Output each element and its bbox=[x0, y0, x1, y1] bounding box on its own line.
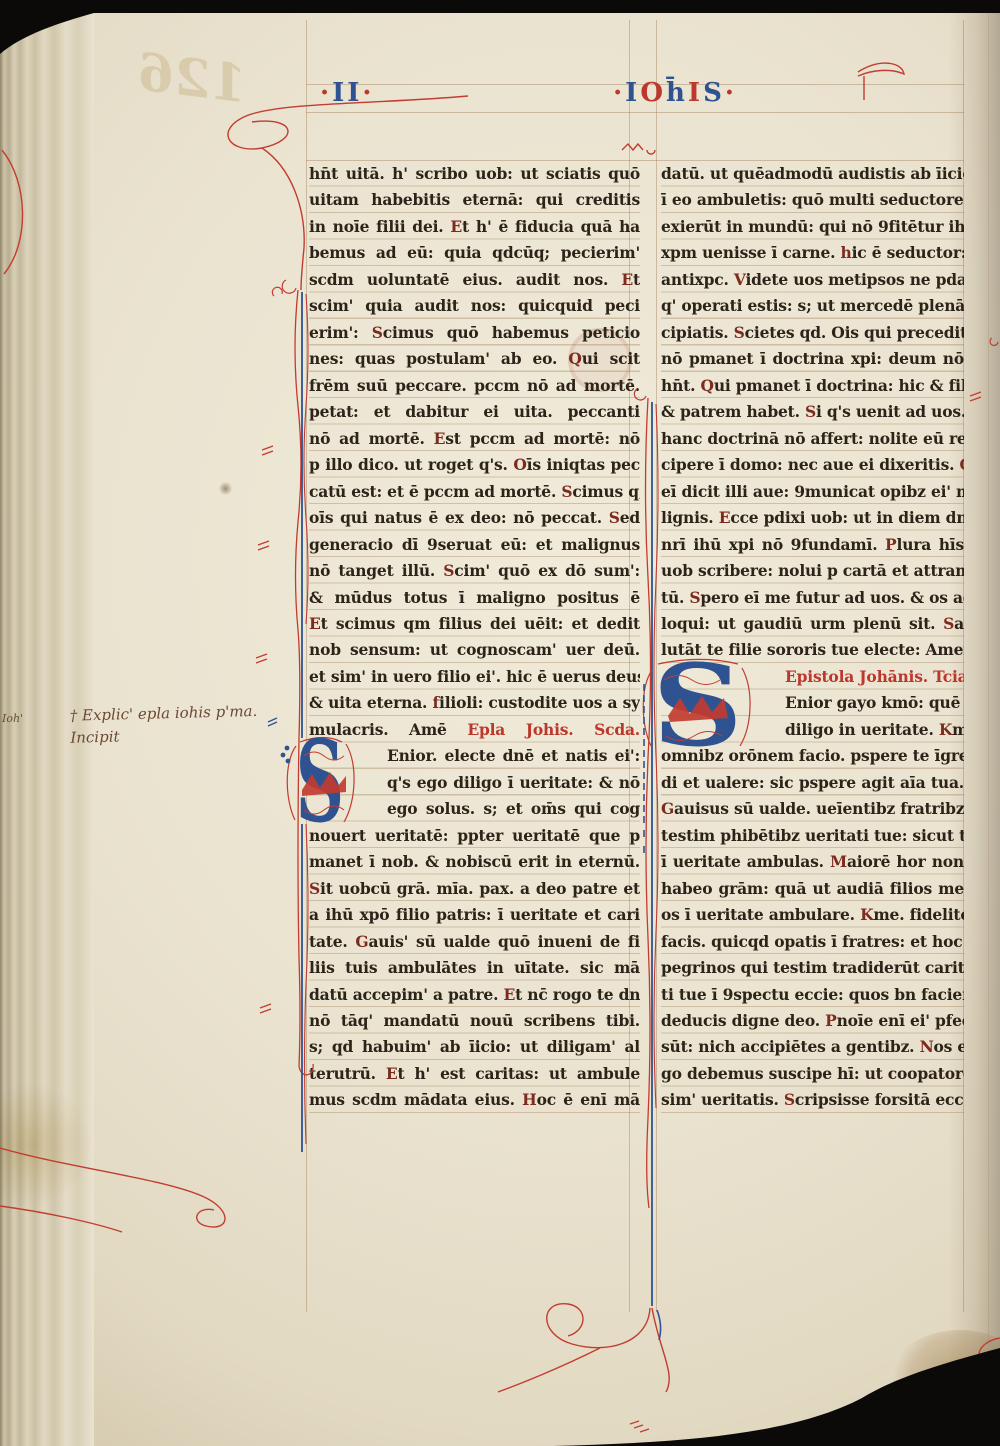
text-segment: lutāt te filie sororis tue electe: Amen. bbox=[661, 640, 964, 659]
text-line: tū. Spero eī me futur ad uos. & os ad os bbox=[661, 584, 964, 610]
text-segment: s; qd habuim' ab īicio: ut diligam' al bbox=[309, 1037, 640, 1056]
text-line: omnibz orōnem facio. pspere te īgre bbox=[661, 742, 964, 768]
text-segment: & uita eterna. bbox=[309, 693, 433, 712]
text-segment: hn̄t uitā. h' scribo uob: ut sciatis quō bbox=[309, 164, 640, 183]
text-segment: testim phibētibz ueritati tue: sicut tu bbox=[661, 826, 964, 845]
text-segment: Enior gayo kmō: quē ego bbox=[785, 693, 964, 712]
text-segment: h bbox=[841, 243, 852, 262]
text-segment: M bbox=[830, 852, 847, 871]
text-segment: petat: et dabitur ei uita. peccanti bbox=[309, 402, 640, 421]
text-segment: tate. bbox=[309, 932, 355, 951]
text-segment: oīs qui natus ē ex deo: nō peccat. bbox=[309, 508, 609, 527]
text-segment: Epla Johis. Scda. bbox=[467, 720, 640, 739]
column-right: datū. ut quēadmodū audistis ab īicio.ī e… bbox=[661, 160, 964, 1113]
text-segment: N bbox=[920, 1037, 934, 1056]
text-line: nō tāq' mandatū nouū scribens tibi. bbox=[309, 1007, 640, 1033]
text-segment: O bbox=[513, 455, 526, 474]
text-segment: E bbox=[719, 508, 731, 527]
text-line: generacio dī 9seruat eū: et malignus bbox=[309, 531, 640, 557]
text-segment: me de bbox=[952, 720, 964, 739]
text-line: in noīe filii dei. Et h' ē fiducia quā h… bbox=[309, 213, 640, 239]
text-segment: I bbox=[625, 78, 640, 108]
text-segment: Q bbox=[568, 349, 581, 368]
text-segment: t bbox=[633, 270, 640, 289]
text-segment: Q bbox=[960, 455, 965, 474]
text-line: nouert ueritatē: ppter ueritatē que p bbox=[309, 822, 640, 848]
text-segment: S bbox=[734, 323, 745, 342]
text-segment: ui pmanet ī doctrina: hic & filiū bbox=[714, 376, 964, 395]
text-segment: i q's uenit ad uos. et bbox=[816, 402, 964, 421]
text-line: manet ī nob. & nobiscū erit in eternū. bbox=[309, 848, 640, 874]
text-segment: os er bbox=[934, 1037, 964, 1056]
text-segment: S bbox=[805, 402, 816, 421]
text-segment: loqui: ut gaudiū urm plenū sit. bbox=[661, 614, 943, 633]
text-segment: · bbox=[613, 78, 625, 108]
text-segment: tū. bbox=[661, 588, 689, 607]
text-line: sim' ueritatis. Scripsisse forsitā eccie… bbox=[661, 1086, 964, 1112]
text-line: ī eo ambuletis: quō multi seductores bbox=[661, 186, 964, 212]
text-segment: E bbox=[503, 985, 515, 1004]
text-segment: auis' sū ualde quō inueni de fi bbox=[368, 932, 640, 951]
text-segment: pero eī me futur ad uos. & os ad os bbox=[700, 588, 964, 607]
text-segment: cimus q; bbox=[572, 482, 640, 501]
text-segment: h̄ bbox=[666, 78, 688, 108]
text-line: mulacris. Amē Epla Johis. Scda. bbox=[309, 716, 640, 742]
text-segment: S bbox=[309, 879, 320, 898]
text-segment: ī ueritate ambulas. bbox=[661, 852, 830, 871]
text-line: facis. quicqd opatis ī fratres: et hoc i… bbox=[661, 928, 964, 954]
text-line: ī ueritate ambulas. Maiorē hor non bbox=[661, 848, 964, 874]
text-segment: noīe enī ei' pfecti bbox=[837, 1011, 964, 1030]
text-line: & uita eterna. filioli: custodite uos a … bbox=[309, 689, 640, 715]
text-line: datū accepim' a patre. Et nc̄ rogo te dn… bbox=[309, 981, 640, 1007]
text-segment: H bbox=[522, 1090, 536, 1109]
text-segment: t h' ē fiducia quā ha bbox=[462, 217, 640, 236]
text-segment: S bbox=[689, 588, 700, 607]
text-segment: cim' quō ex dō sum': bbox=[454, 561, 640, 580]
text-line: Enior. electe dnē et natis ei': bbox=[309, 742, 640, 768]
text-segment: eī dicit illi aue: 9municat opibz ei' ma bbox=[661, 482, 964, 501]
text-line: & mūdus totus ī maligno positus ē bbox=[309, 584, 640, 610]
text-line: os ī ueritate ambulare. Kme. fideliter bbox=[661, 901, 964, 927]
text-line: Enior gayo kmō: quē ego bbox=[661, 689, 964, 715]
text-line: p illo dico. ut roget q's. Oīs iniqtas p… bbox=[309, 451, 640, 477]
text-segment: omnibz orōnem facio. pspere te īgre bbox=[661, 746, 964, 765]
text-segment: a bbox=[954, 614, 964, 633]
text-segment: V bbox=[734, 270, 746, 289]
text-segment: S bbox=[784, 1090, 795, 1109]
text-segment: sūt: nich accipiētes a gentibz. bbox=[661, 1037, 920, 1056]
text-segment: oc ē enī mā bbox=[537, 1090, 640, 1109]
text-segment: a ihū xpō filio patris: ī ueritate et ca… bbox=[309, 905, 640, 924]
text-line: hn̄t uitā. h' scribo uob: ut sciatis quō bbox=[309, 160, 640, 186]
text-segment: S bbox=[609, 508, 620, 527]
text-line: tate. Gauis' sū ualde quō inueni de fi bbox=[309, 928, 640, 954]
text-segment: nō pmanet ī doctrina xpi: deum nō bbox=[661, 349, 964, 368]
text-segment: ī eo ambuletis: quō multi seductores bbox=[661, 190, 964, 209]
ruling-vertical-center2 bbox=[656, 20, 657, 1312]
text-line: habeo grām: quā ut audiā filios me bbox=[661, 875, 964, 901]
text-segment: nō ad mortē. bbox=[309, 429, 434, 448]
text-segment: nouert ueritatē: ppter ueritatē que p bbox=[309, 826, 640, 845]
text-segment: generacio dī 9seruat eū: et malignus bbox=[309, 535, 640, 554]
text-segment: G bbox=[355, 932, 368, 951]
text-segment: in noīe filii dei. bbox=[309, 217, 450, 236]
text-line: nrī ihū xpi nō 9fundamī. Plura hīs bbox=[661, 531, 964, 557]
text-segment: me. fideliter bbox=[873, 905, 964, 924]
folio-quire-mark: ·II· bbox=[320, 78, 374, 108]
text-segment: deducis digne deo. bbox=[661, 1011, 825, 1030]
text-segment: uob scribere: nolui p cartā et attramē bbox=[661, 561, 964, 580]
text-segment: lignis. bbox=[661, 508, 719, 527]
text-segment: cimus quō habemus peticio bbox=[383, 323, 640, 342]
text-segment: Enior. electe dnē et natis ei': bbox=[387, 746, 640, 765]
text-segment: S bbox=[943, 614, 954, 633]
text-line: q's ego diligo ī ueritate: & nō bbox=[309, 769, 640, 795]
text-line: pegrinos qui testim tradiderūt carita bbox=[661, 954, 964, 980]
text-segment: pegrinos qui testim tradiderūt carita bbox=[661, 958, 964, 977]
text-segment: catū est: et ē pccm ad mortē. bbox=[309, 482, 561, 501]
text-segment: E bbox=[386, 1064, 398, 1083]
text-segment: st pccm ad mortē: nō bbox=[445, 429, 640, 448]
text-segment: Q bbox=[701, 376, 714, 395]
text-segment: mulacris. Amē bbox=[309, 720, 467, 739]
text-line: nō tanget illū. Scim' quō ex dō sum': bbox=[309, 557, 640, 583]
text-line: lignis. Ecce pdixi uob: ut in diem dnī bbox=[661, 504, 964, 530]
text-segment: nrī ihū xpi nō 9fundamī. bbox=[661, 535, 885, 554]
text-line: Epistola Johānis. Tcia. bbox=[661, 663, 964, 689]
text-segment: cipere ī domo: nec aue ei dixeritis. bbox=[661, 455, 960, 474]
marginal-note: † Explic' epla iohis p'ma. Incipit bbox=[69, 699, 280, 748]
text-segment: scdm uoluntatē eius. audit nos. bbox=[309, 270, 621, 289]
text-segment: · bbox=[320, 78, 332, 108]
text-segment: hn̄t. bbox=[661, 376, 701, 395]
text-line: eī dicit illi aue: 9municat opibz ei' ma bbox=[661, 478, 964, 504]
ruling-vertical-left bbox=[306, 20, 307, 1312]
text-segment: bemus ad eū: quia qdcūq; pecierim' bbox=[309, 243, 640, 262]
text-segment: et sim' in uero filio ei'. hic ē uerus d… bbox=[309, 667, 640, 686]
text-segment: erim': bbox=[309, 323, 372, 342]
text-line: nes: quas postulam' ab eo. Qui scit bbox=[309, 345, 640, 371]
text-line: antixpc. Videte uos metipsos ne pdatis bbox=[661, 266, 964, 292]
text-line: Gauisus sū ualde. ueīentibz fratribz & bbox=[661, 795, 964, 821]
text-segment: go debemus suscipe hī: ut coopatores bbox=[661, 1064, 964, 1083]
text-segment: · bbox=[362, 78, 374, 108]
text-segment: liis tuis ambulātes in uītate. sic mā bbox=[309, 958, 640, 977]
text-segment: exierūt in mundū: qui nō 9fitētur ihm bbox=[661, 217, 964, 236]
text-line: catū est: et ē pccm ad mortē. Scimus q; bbox=[309, 478, 640, 504]
text-segment: t scimus qm filius dei uēit: et dedit bbox=[321, 614, 640, 633]
text-segment: it uobcū grā. mīa. pax. a deo patre et bbox=[320, 879, 640, 898]
text-segment: P bbox=[885, 535, 896, 554]
text-line: et sim' in uero filio ei'. hic ē uerus d… bbox=[309, 663, 640, 689]
text-segment: p illo dico. ut roget q's. bbox=[309, 455, 513, 474]
text-segment: q' operati estis: s; ut mercedē plenā ac bbox=[661, 296, 964, 315]
text-segment: nes: quas postulam' ab eo. bbox=[309, 349, 568, 368]
text-line: ego solus. s; et om̄s qui cog bbox=[309, 795, 640, 821]
text-segment: manet ī nob. & nobiscū erit in eternū. bbox=[309, 852, 640, 871]
text-line: sūt: nich accipiētes a gentibz. Nos er bbox=[661, 1033, 964, 1059]
text-segment: q's ego diligo ī ueritate: & nō bbox=[387, 773, 640, 792]
text-segment: ui scit bbox=[582, 349, 640, 368]
text-line: diligo in ueritate. Kme de bbox=[661, 716, 964, 742]
text-segment: frēm suū peccare. pccm nō ad mortē. bbox=[309, 376, 640, 395]
text-segment: mus scdm mādata eius. bbox=[309, 1090, 522, 1109]
text-line: liis tuis ambulātes in uītate. sic mā bbox=[309, 954, 640, 980]
text-line: di et ualere: sic pspere agit aīa tua. bbox=[661, 769, 964, 795]
edge-mark: Ioh' bbox=[2, 712, 23, 725]
text-segment: scim' quia audit nos: quicquid peci bbox=[309, 296, 640, 315]
text-line: frēm suū peccare. pccm nō ad mortē. bbox=[309, 372, 640, 398]
text-segment: aiorē hor non bbox=[847, 852, 964, 871]
text-line: petat: et dabitur ei uita. peccanti bbox=[309, 398, 640, 424]
text-segment: ego solus. s; et om̄s qui cog bbox=[387, 799, 640, 818]
manuscript-photo: 126 ·II· ·IOh̄IS· hn̄t uitā. h' scribo u… bbox=[0, 0, 1000, 1446]
text-segment: nob sensum: ut cognoscam' uer deū. bbox=[309, 640, 640, 659]
text-line: lutāt te filie sororis tue electe: Amen. bbox=[661, 636, 964, 662]
text-line: uitam habebitis eternā: qui creditis bbox=[309, 186, 640, 212]
text-segment: cipiatis. bbox=[661, 323, 734, 342]
text-segment: Epistola Johānis. Tcia. bbox=[785, 667, 964, 686]
ink-spot bbox=[219, 482, 232, 495]
text-segment: idete uos metipsos ne pdatis bbox=[745, 270, 964, 289]
text-line: deducis digne deo. Pnoīe enī ei' pfecti bbox=[661, 1007, 964, 1033]
page-edge-line bbox=[988, 13, 989, 1343]
text-line: testim phibētibz ueritati tue: sicut tu bbox=[661, 822, 964, 848]
column-left: hn̄t uitā. h' scribo uob: ut sciatis quō… bbox=[309, 160, 640, 1113]
text-line: nob sensum: ut cognoscam' uer deū. bbox=[309, 636, 640, 662]
text-segment: habeo grām: quā ut audiā filios me bbox=[661, 879, 964, 898]
text-line: Sit uobcū grā. mīa. pax. a deo patre et bbox=[309, 875, 640, 901]
text-line: go debemus suscipe hī: ut coopatores bbox=[661, 1060, 964, 1086]
text-line: Et scimus qm filius dei uēit: et dedit bbox=[309, 610, 640, 636]
text-line: loqui: ut gaudiū urm plenū sit. Sa bbox=[661, 610, 964, 636]
text-line: cipere ī domo: nec aue ei dixeritis. Qui bbox=[661, 451, 964, 477]
text-segment: P bbox=[825, 1011, 836, 1030]
text-line: exierūt in mundū: qui nō 9fitētur ihm bbox=[661, 213, 964, 239]
text-line: s; qd habuim' ab īicio: ut diligam' al bbox=[309, 1033, 640, 1059]
text-segment: auisus sū ualde. ueīentibz fratribz & bbox=[674, 799, 964, 818]
text-segment: datū. ut quēadmodū audistis ab īicio. bbox=[661, 164, 964, 183]
text-segment: antixpc. bbox=[661, 270, 734, 289]
text-segment: uitam habebitis eternā: qui creditis bbox=[309, 190, 640, 209]
text-segment: G bbox=[661, 799, 674, 818]
text-segment: ilioli: custodite uos a sy bbox=[439, 693, 640, 712]
text-segment: E bbox=[621, 270, 633, 289]
text-segment: t nc̄ rogo te dnā: bbox=[515, 985, 640, 1004]
text-line: cipiatis. Scietes qd. Ois qui precedit. … bbox=[661, 319, 964, 345]
text-line: q' operati estis: s; ut mercedē plenā ac bbox=[661, 292, 964, 318]
text-segment: cripsisse forsitā eccie: bbox=[795, 1090, 964, 1109]
text-line: bemus ad eū: quia qdcūq; pecierim' bbox=[309, 239, 640, 265]
text-line: uob scribere: nolui p cartā et attramē bbox=[661, 557, 964, 583]
text-line: ti tue ī 9spectu eccie: quos bn faciens bbox=[661, 981, 964, 1007]
text-line: terutrū. Et h' est caritas: ut ambule bbox=[309, 1060, 640, 1086]
running-title: ·IOh̄IS· bbox=[600, 78, 750, 108]
text-segment: S bbox=[561, 482, 572, 501]
text-segment: cietes qd. Ois qui precedit. et bbox=[745, 323, 964, 342]
text-line: scdm uoluntatē eius. audit nos. Et bbox=[309, 266, 640, 292]
text-segment: os ī ueritate ambulare. bbox=[661, 905, 860, 924]
text-segment: ed bbox=[620, 508, 640, 527]
text-segment: ti tue ī 9spectu eccie: quos bn faciens bbox=[661, 985, 964, 1004]
ruling-header-bottom bbox=[306, 112, 964, 113]
text-segment: S bbox=[372, 323, 383, 342]
text-segment: terutrū. bbox=[309, 1064, 386, 1083]
text-segment: II bbox=[332, 78, 362, 108]
text-segment: E bbox=[434, 429, 446, 448]
text-segment: cce pdixi uob: ut in diem dnī bbox=[730, 508, 964, 527]
text-segment: E bbox=[450, 217, 462, 236]
text-segment: nō tanget illū. bbox=[309, 561, 443, 580]
text-line: mus scdm mādata eius. Hoc ē enī mā bbox=[309, 1086, 640, 1112]
text-segment: di et ualere: sic pspere agit aīa tua. bbox=[661, 773, 964, 792]
text-line: nō pmanet ī doctrina xpi: deum nō bbox=[661, 345, 964, 371]
text-segment: S bbox=[703, 78, 725, 108]
text-segment: t h' est caritas: ut ambule bbox=[398, 1064, 641, 1083]
text-segment: O bbox=[640, 78, 666, 108]
text-line: oīs qui natus ē ex deo: nō peccat. Sed bbox=[309, 504, 640, 530]
text-segment: diligo in ueritate. bbox=[785, 720, 939, 739]
text-segment: · bbox=[725, 78, 737, 108]
text-segment: nō tāq' mandatū nouū scribens tibi. bbox=[309, 1011, 640, 1030]
text-line: a ihū xpō filio patris: ī ueritate et ca… bbox=[309, 901, 640, 927]
text-segment: K bbox=[860, 905, 873, 924]
text-segment: E bbox=[309, 614, 321, 633]
text-line: hanc doctrinā nō affert: nolite eū re bbox=[661, 425, 964, 451]
text-segment: & patrem habet. bbox=[661, 402, 805, 421]
text-segment: xpm uenisse ī carne. bbox=[661, 243, 841, 262]
text-segment: īs iniqtas pec bbox=[527, 455, 640, 474]
text-line: & patrem habet. Si q's uenit ad uos. et bbox=[661, 398, 964, 424]
text-line: xpm uenisse ī carne. hic ē seductor: et bbox=[661, 239, 964, 265]
text-segment: facis. quicqd opatis ī fratres: et hoc i… bbox=[661, 932, 964, 951]
text-segment: ic ē seductor: et bbox=[852, 243, 964, 262]
text-segment: hanc doctrinā nō affert: nolite eū re bbox=[661, 429, 964, 448]
text-segment: I bbox=[688, 78, 703, 108]
text-segment: K bbox=[939, 720, 952, 739]
text-segment: datū accepim' a patre. bbox=[309, 985, 503, 1004]
text-segment: & mūdus totus ī maligno positus ē bbox=[309, 588, 640, 607]
text-line: nō ad mortē. Est pccm ad mortē: nō bbox=[309, 425, 640, 451]
text-line: datū. ut quēadmodū audistis ab īicio. bbox=[661, 160, 964, 186]
text-line: hn̄t. Qui pmanet ī doctrina: hic & filiū bbox=[661, 372, 964, 398]
text-line: erim': Scimus quō habemus peticio bbox=[309, 319, 640, 345]
text-segment: S bbox=[443, 561, 454, 580]
text-segment: sim' ueritatis. bbox=[661, 1090, 784, 1109]
text-segment: lura hīs bbox=[897, 535, 964, 554]
text-line: scim' quia audit nos: quicquid peci bbox=[309, 292, 640, 318]
